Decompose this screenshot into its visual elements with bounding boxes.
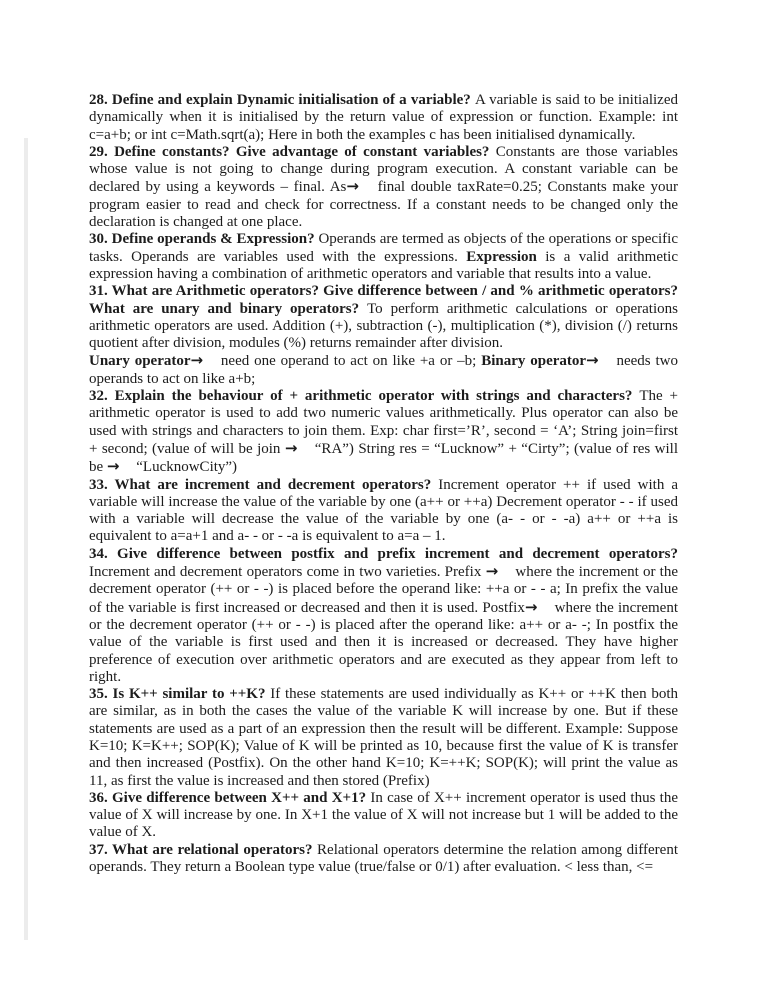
bold-text-run: 34. Give difference between postfix and … (89, 546, 678, 562)
paragraph-q28: 28. Define and explain Dynamic initialis… (89, 92, 678, 144)
scan-artifact-line (24, 138, 28, 940)
text-run: need one operand to act on like +a or –b… (216, 353, 481, 369)
paragraph-q33: 33. What are increment and decrement ope… (89, 477, 678, 546)
paragraph-q30: 30. Define operands & Expression? Operan… (89, 231, 678, 283)
right-arrow-icon: → (525, 598, 538, 616)
paragraph-q32: 32. Explain the behaviour of + arithmeti… (89, 388, 678, 476)
bold-text-run: Expression (466, 249, 545, 265)
document-text: 28. Define and explain Dynamic initialis… (89, 92, 678, 876)
right-arrow-icon: → (346, 177, 359, 195)
bold-text-run: Binary operator→ (481, 353, 611, 369)
bold-text-run: 30. Define operands & Expression? (89, 231, 318, 247)
bold-text-run: 35. Is K++ similar to ++K? (89, 686, 270, 702)
text-run: Increment and decrement operators come i… (89, 564, 678, 685)
bold-text-run: 28. Define and explain Dynamic initialis… (89, 92, 475, 108)
paragraph-unary-binary: Unary operator→ need one operand to act … (89, 352, 678, 388)
bold-text-run: 36. Give difference between X++ and X+1? (89, 790, 370, 806)
right-arrow-icon: → (486, 562, 499, 580)
paragraph-q37: 37. What are relational operators? Relat… (89, 842, 678, 877)
right-arrow-icon: → (107, 457, 120, 475)
paragraph-q31: 31. What are Arithmetic operators? Give … (89, 283, 678, 352)
paragraph-q29: 29. Define constants? Give advantage of … (89, 144, 678, 231)
bold-text-run: Unary operator→ (89, 353, 216, 369)
right-arrow-icon: → (191, 351, 204, 369)
document-page: 28. Define and explain Dynamic initialis… (0, 0, 765, 990)
right-arrow-icon: → (285, 439, 298, 457)
bold-text-run: 37. What are relational operators? (89, 842, 317, 858)
paragraph-q34: 34. Give difference between postfix and … (89, 546, 678, 686)
bold-text-run: 32. Explain the behaviour of + arithmeti… (89, 388, 639, 404)
bold-text-run: 33. What are increment and decrement ope… (89, 477, 438, 493)
right-arrow-icon: → (586, 351, 599, 369)
paragraph-q35: 35. Is K++ similar to ++K? If these stat… (89, 686, 678, 790)
paragraph-q36: 36. Give difference between X++ and X+1?… (89, 790, 678, 842)
bold-text-run: 29. Define constants? Give advantage of … (89, 144, 496, 160)
